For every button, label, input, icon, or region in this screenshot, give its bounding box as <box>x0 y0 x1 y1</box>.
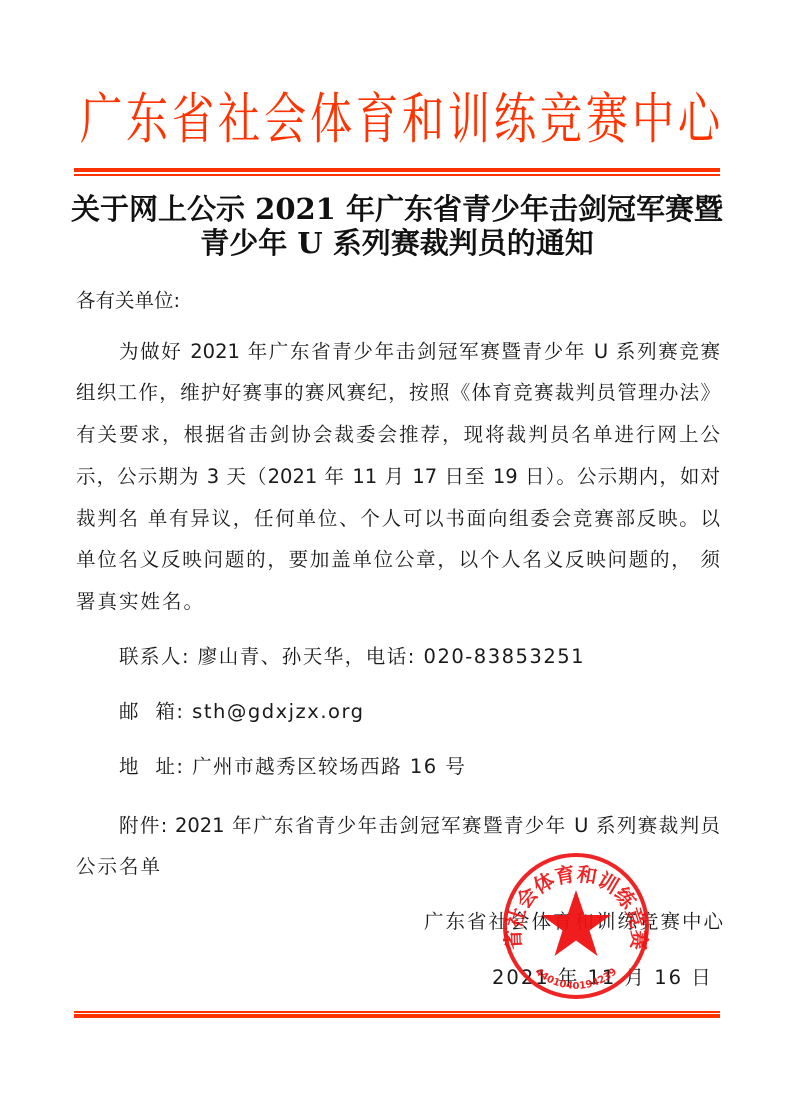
contact-line: 联系人: 廖山青、孙天华，电话: 020-83853251 <box>76 645 720 669</box>
email-line: 邮 箱: sth@gdxjzx.org <box>76 700 720 724</box>
org-letterhead: 广 东 省 社 会 体 育 和 训 练 竞 赛 中 心 <box>78 88 720 150</box>
letterhead-char: 和 <box>402 82 444 156</box>
attachment-line: 附件: 2021 年广东省青少年击剑冠军赛暨青少年 U 系列赛裁判员 <box>76 814 720 838</box>
paragraph-line: 有关要求，根据省击剑协会裁委会推荐，现将裁判员名单进行网上公 <box>76 423 720 447</box>
letterhead-char: 赛 <box>586 82 628 156</box>
letterhead-char: 育 <box>356 82 398 156</box>
letterhead-char: 训 <box>448 82 490 156</box>
letterhead-char: 心 <box>678 82 720 156</box>
letterhead-char: 中 <box>632 82 674 156</box>
letterhead-char: 竞 <box>540 82 582 156</box>
paragraph-line: 为做好 2021 年广东省青少年击剑冠军赛暨青少年 U 系列赛竞赛 <box>76 340 720 364</box>
paragraph-line: 裁判名 单有异议，任何单位、个人可以书面向组委会竞赛部反映。以 <box>76 507 720 531</box>
letterhead-char: 省 <box>172 82 214 156</box>
seal-star-icon <box>541 890 611 956</box>
salutation: 各有关单位: <box>76 289 720 313</box>
notice-title-line-1: 关于网上公示 2021 年广东省青少年击剑冠军赛暨 <box>70 192 724 226</box>
paragraph-line: 示，公示期为 3 天（2021 年 11 月 17 日至 19 日）。公示期内，… <box>76 465 720 489</box>
header-rule-thick <box>74 168 720 172</box>
letterhead-char: 东 <box>126 82 168 156</box>
paragraph-line: 署真实姓名。 <box>76 590 720 614</box>
letterhead-char: 广 <box>80 82 122 156</box>
address-line: 地 址: 广州市越秀区较场西路 16 号 <box>76 755 720 779</box>
paragraph-line: 单位名义反映问题的，要加盖单位公章，以个人名义反映问题的， 须 <box>76 548 720 572</box>
official-seal-icon: 广东省社会体育和训练竞赛中心 4401040194239 <box>502 852 650 1000</box>
letterhead-char: 体 <box>310 82 352 156</box>
letterhead-char: 社 <box>218 82 260 156</box>
paragraph-line: 组织工作，维护好赛事的赛风赛纪，按照《体育竞赛裁判员管理办法》 <box>76 381 720 405</box>
footer-rule-thin <box>74 1011 720 1013</box>
letterhead-char: 会 <box>264 82 306 156</box>
footer-rule-thick <box>74 1014 720 1018</box>
notice-title-line-2: 青少年 U 系列赛裁判员的通知 <box>70 226 724 260</box>
letterhead-char: 练 <box>494 82 536 156</box>
header-rule-thin <box>74 174 720 176</box>
document-page: 广 东 省 社 会 体 育 和 训 练 竞 赛 中 心 关于网上公示 2021 … <box>0 0 794 1108</box>
